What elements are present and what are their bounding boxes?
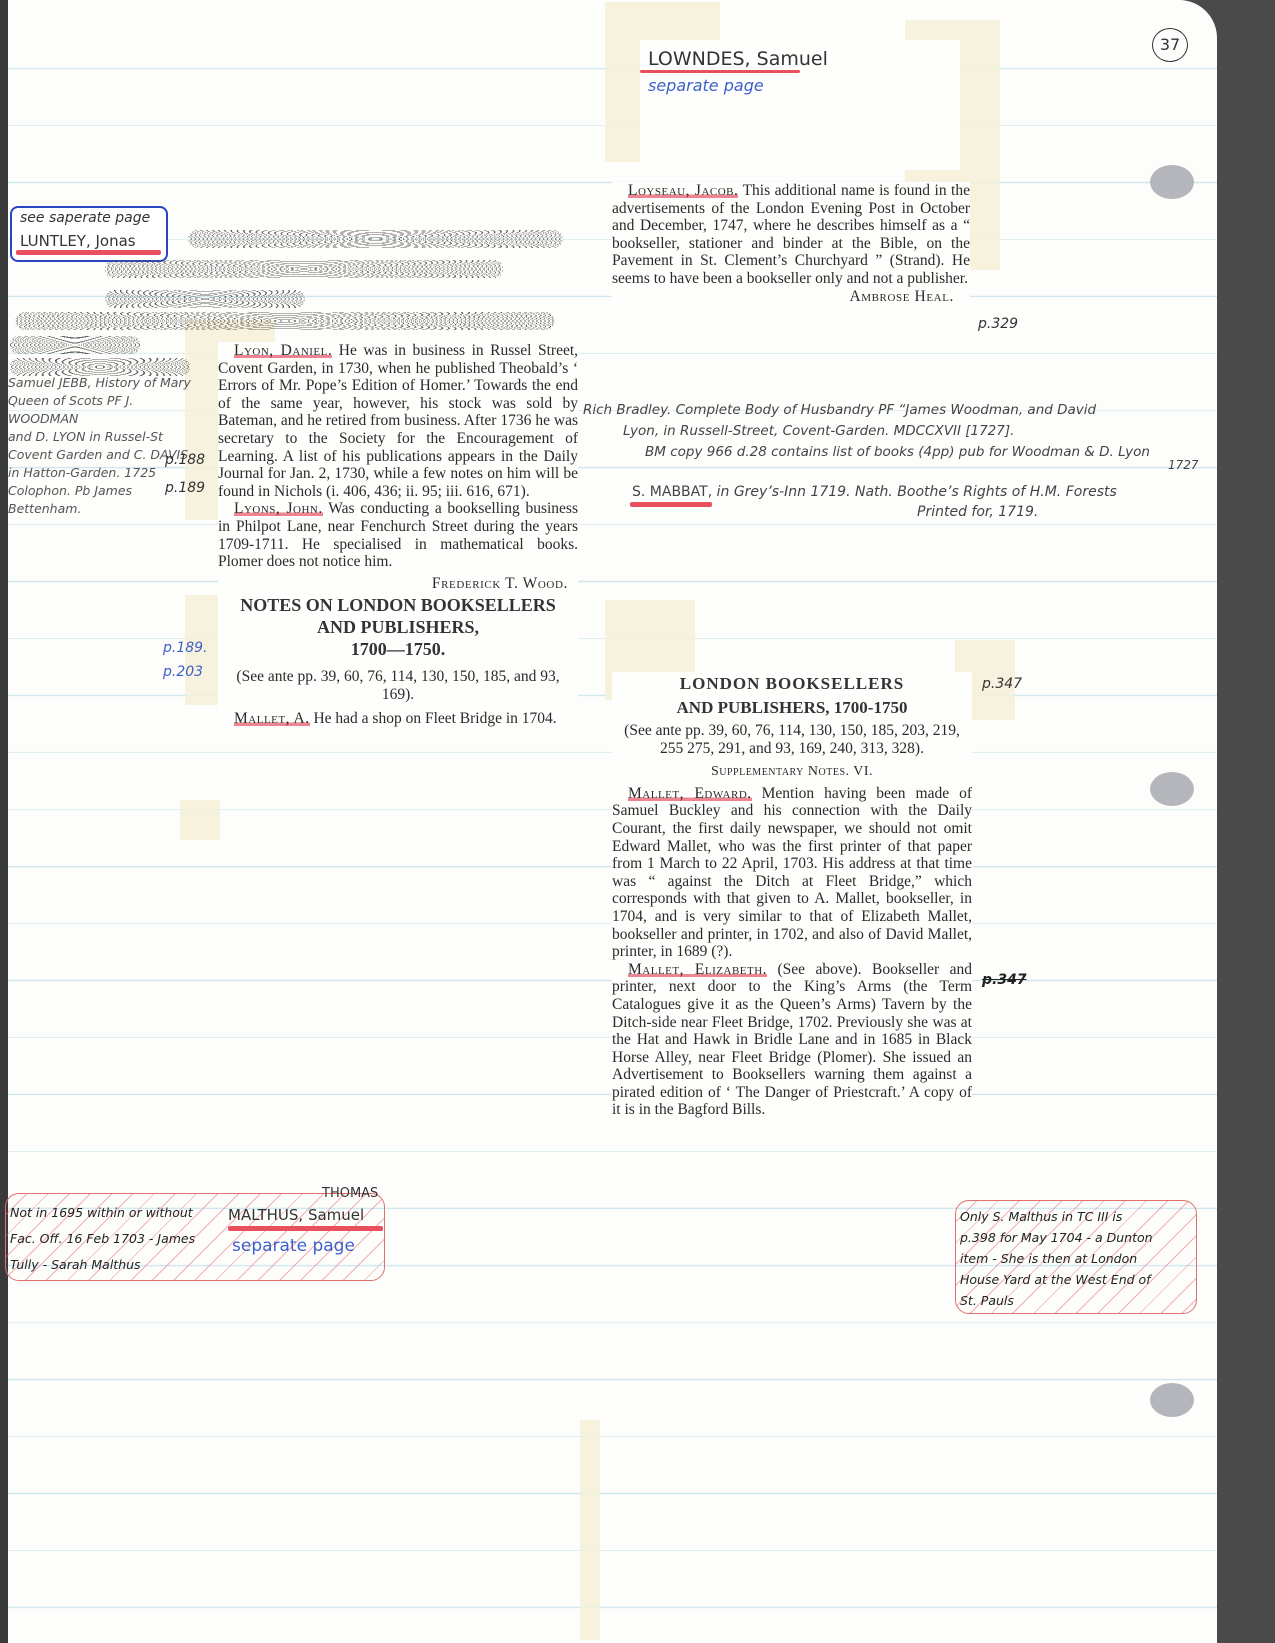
luntley-note: see saperate page	[20, 210, 150, 226]
supp-heading: LONDON BOOKSELLERS AND PUBLISHERS, 1700-…	[612, 672, 972, 720]
loyseau-clip: Loyseau, Jacob. This additional name is …	[612, 182, 970, 305]
malthus-name: MALTHUS, Samuel	[228, 1206, 364, 1224]
tape-strip	[580, 1420, 600, 1640]
red-underline	[640, 70, 800, 73]
notes-heading: NOTES ON LONDON BOOKSELLERS AND PUBLISHE…	[218, 594, 578, 660]
luntley-name: LUNTLEY, Jonas	[20, 232, 136, 250]
signature: Ambrose Heal.	[612, 288, 970, 306]
malthus-note: separate page	[232, 1236, 355, 1256]
page-number: 37	[1152, 28, 1188, 62]
page-ref: p.189.	[163, 640, 208, 656]
supp-subheading: Supplementary Notes. VI.	[612, 763, 972, 781]
crossed-out-text	[15, 312, 555, 330]
malthus-left-note: Not in 1695 within or without Fac. Off. …	[10, 1200, 225, 1278]
luntley-box: see saperate page LUNTLEY, Jonas	[10, 206, 168, 262]
crossed-out-text	[105, 290, 305, 308]
left-margin-note: Samuel JEBB, History of Mary Queen of Sc…	[8, 374, 193, 518]
red-underline	[228, 1226, 383, 1231]
entry-name: Mallet, Edward.	[628, 785, 752, 802]
red-underline	[630, 502, 712, 507]
lowndes-name: LOWNDES, Samuel	[648, 48, 828, 70]
page-ref: p.329	[978, 316, 1018, 332]
page-ref: p.203	[163, 664, 203, 680]
mabbat-note: S. MABBAT, in Grey’s-Inn 1719. Nath. Boo…	[632, 482, 1212, 522]
page-ref: p.188	[165, 452, 205, 468]
entry-name: Lyon, Daniel.	[234, 342, 332, 359]
crossed-out-text	[105, 260, 503, 278]
entry-name: Loyseau, Jacob.	[628, 182, 738, 199]
right-box-note: Only S. Malthus in TC III is p.398 for M…	[960, 1206, 1195, 1311]
entry-text: Mention having been made of Samuel Buckl…	[612, 785, 972, 960]
mabbat-name: S. MABBAT,	[632, 484, 712, 500]
entry-name: Mallet, Elizabeth.	[628, 961, 767, 978]
tape-strip	[180, 800, 220, 840]
page-ref: p.189	[165, 480, 205, 496]
crossed-out-text	[188, 230, 563, 248]
entry-name: Mallet, A.	[234, 710, 310, 727]
punch-hole	[1150, 772, 1194, 806]
malthus-correction: THOMAS	[322, 1186, 378, 1201]
lowndes-note: separate page	[648, 76, 764, 95]
page-ref-scribbled: p.347	[982, 972, 1027, 988]
page-ref: p.347	[982, 676, 1022, 692]
punch-hole	[1150, 1383, 1194, 1417]
year-note: 1727	[1168, 458, 1199, 472]
lyon-clip: Lyon, Daniel. He was in business in Russ…	[218, 342, 578, 727]
red-underline	[16, 250, 161, 255]
entry-name: Lyons, John.	[234, 500, 323, 517]
entry-text: He had a shop on Fleet Bridge in 1704.	[313, 710, 556, 727]
punch-hole	[1150, 165, 1194, 199]
supplementary-clip: LONDON BOOKSELLERS AND PUBLISHERS, 1700-…	[612, 672, 972, 1119]
entry-text: (See above). Bookseller and printer, nex…	[612, 961, 972, 1119]
crossed-out-text	[10, 336, 140, 354]
bradley-note: Rich Bradley. Complete Body of Husbandry…	[583, 400, 1203, 463]
notebook-page: 37 LOWNDES, Samuel separate page see sap…	[0, 0, 1217, 1643]
see-ante: (See ante pp. 39, 60, 76, 114, 130, 150,…	[612, 722, 972, 757]
see-ante: (See ante pp. 39, 60, 76, 114, 130, 150,…	[226, 668, 570, 703]
entry-text: He was in business in Russel Street, Cov…	[218, 342, 578, 500]
signature: Frederick T. Wood.	[218, 575, 578, 593]
